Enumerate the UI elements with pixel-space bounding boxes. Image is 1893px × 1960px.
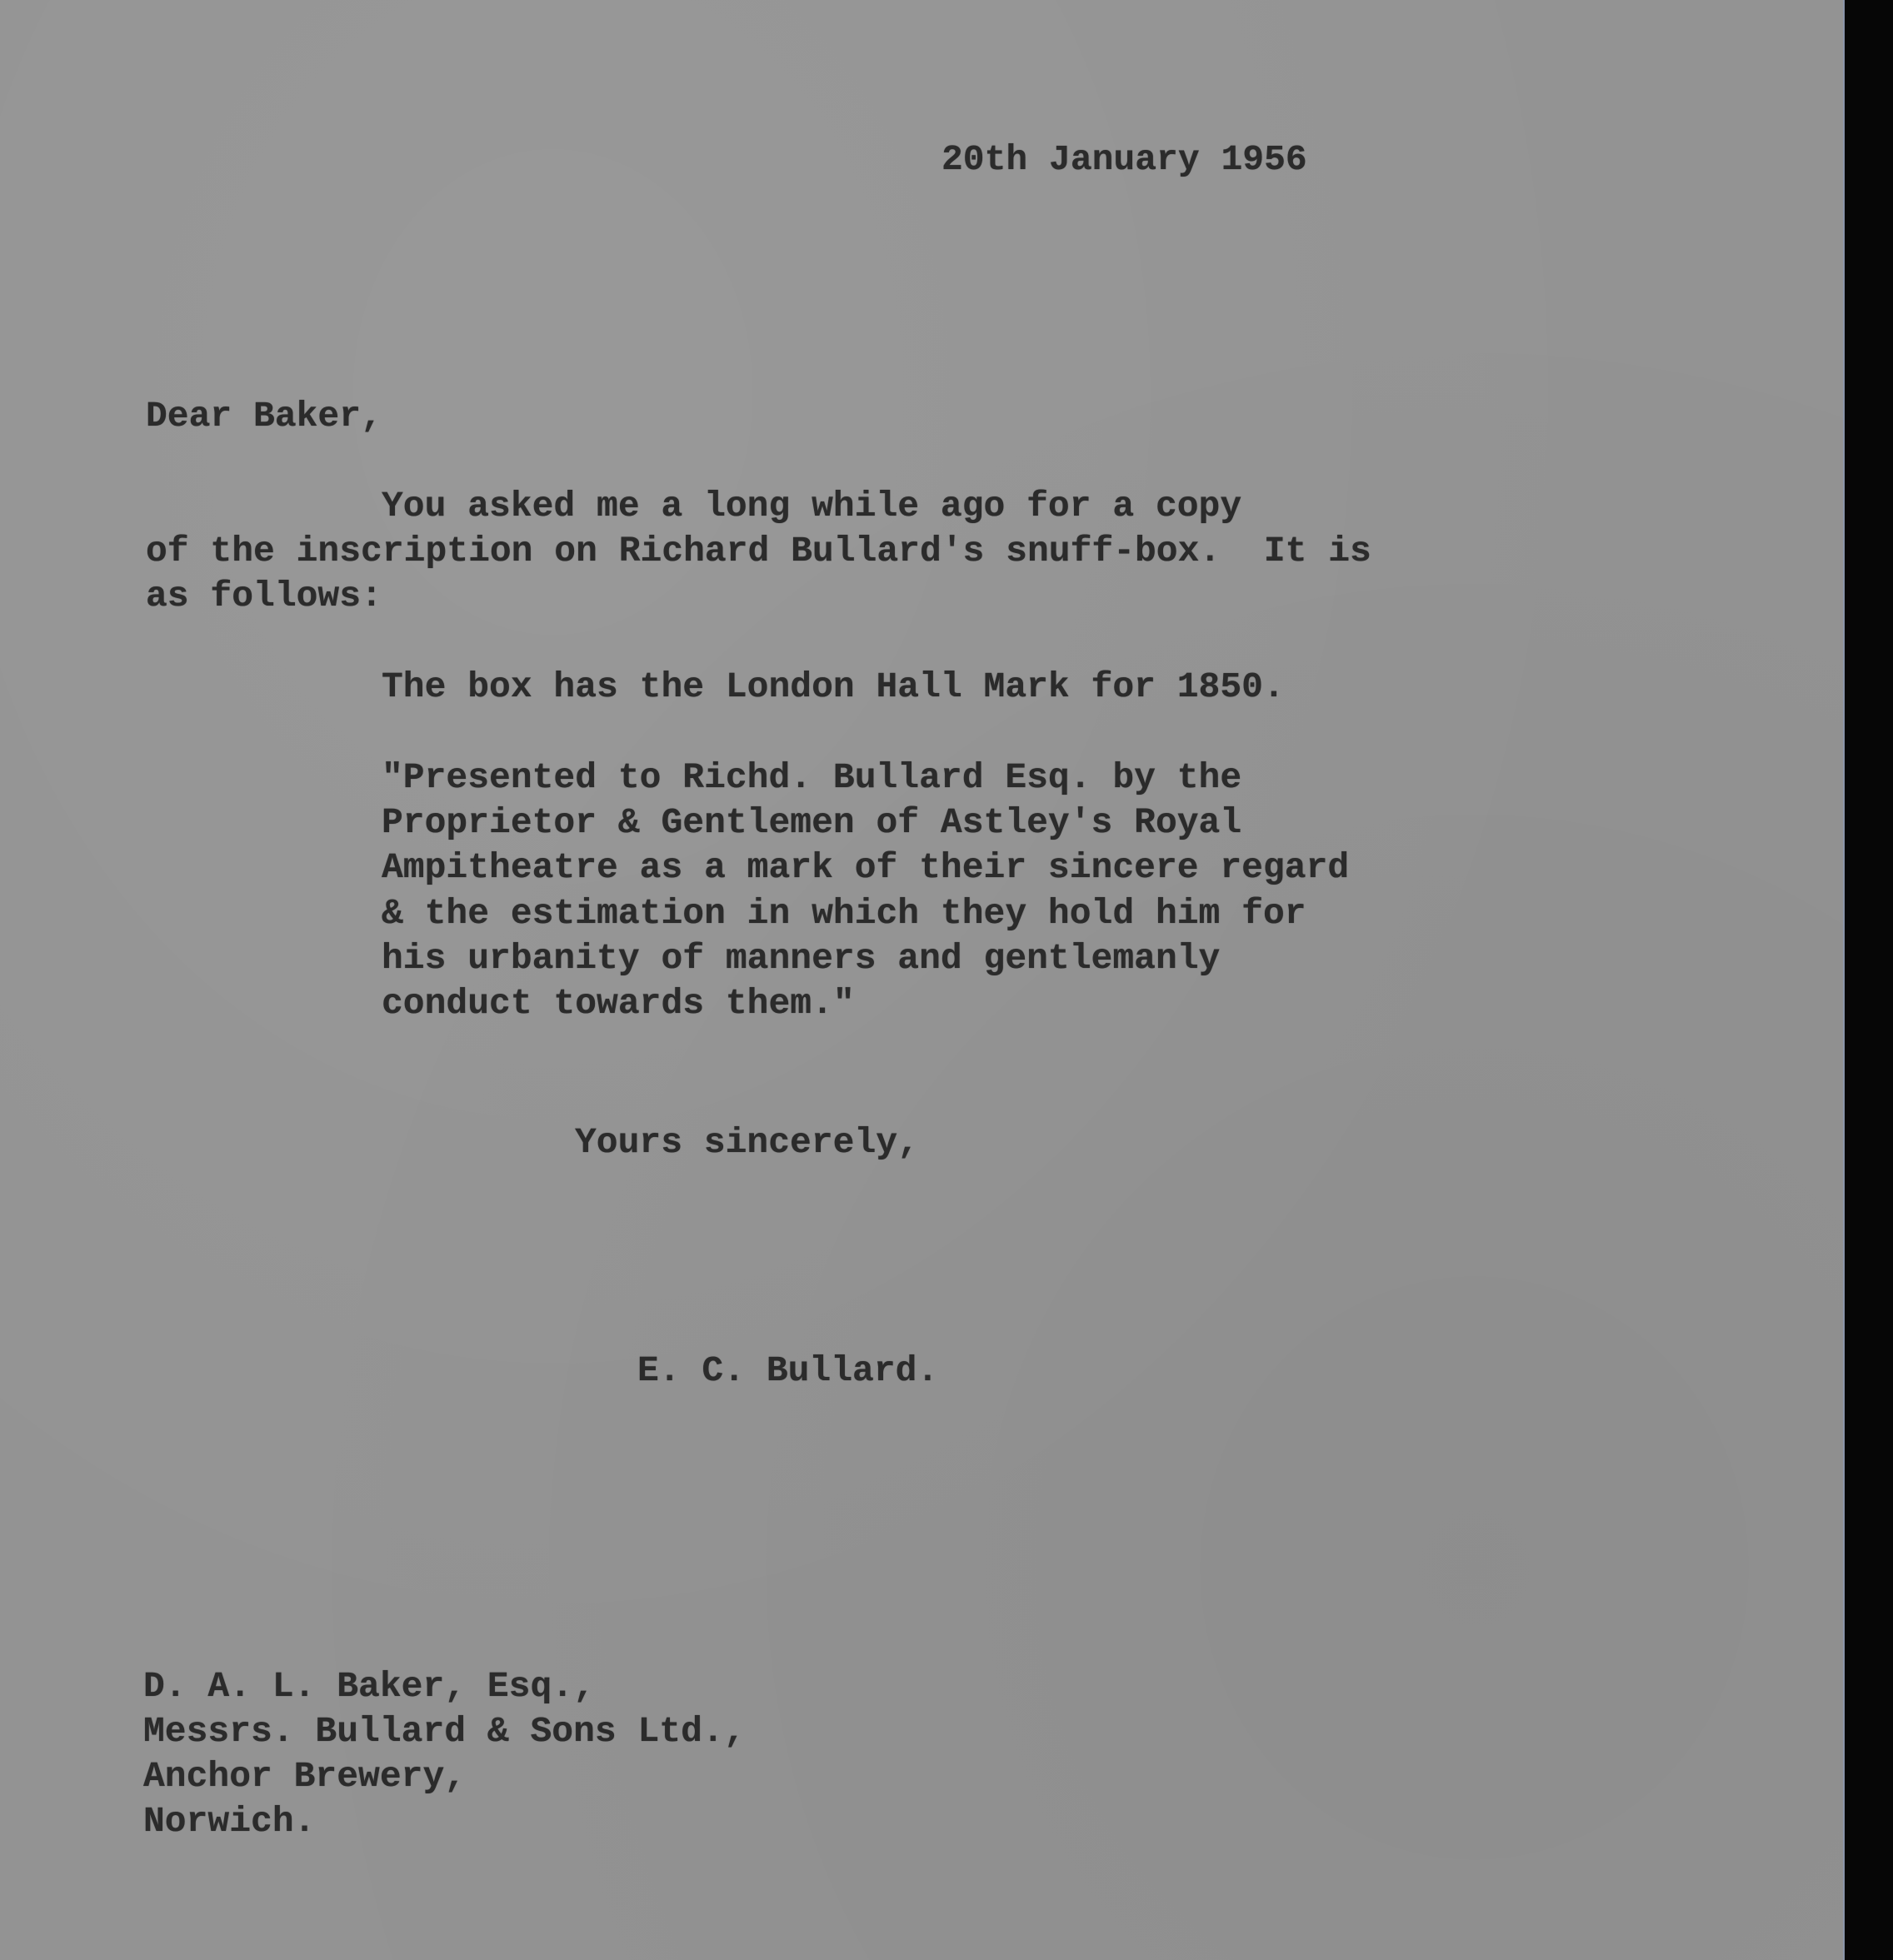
inscription-line-6: conduct towards them.": [382, 985, 855, 1021]
closing: Yours sincerely,: [575, 1125, 919, 1160]
recipient-address-line-2: Messrs. Bullard & Sons Ltd.,: [143, 1713, 746, 1749]
recipient-address-line-1: D. A. L. Baker, Esq.,: [143, 1668, 595, 1704]
inscription-line-5: his urbanity of manners and gentlemanly: [382, 940, 1220, 976]
scan-background-edge: [1845, 0, 1893, 1960]
salutation: Dear Baker,: [146, 398, 382, 434]
body-paragraph-line-2: of the inscription on Richard Bullard's …: [146, 533, 1371, 569]
inscription-line-3: Ampitheatre as a mark of their sincere r…: [382, 850, 1349, 885]
signature: E. C. Bullard.: [637, 1353, 938, 1389]
recipient-address-line-3: Anchor Brewery,: [143, 1758, 466, 1794]
body-paragraph-line-1: You asked me a long while ago for a copy: [382, 488, 1241, 524]
inscription-line-4: & the estimation in which they hold him …: [382, 895, 1306, 931]
hall-mark-note: The box has the London Hall Mark for 185…: [382, 669, 1285, 705]
letter-page: 20th January 1956 Dear Baker, You asked …: [0, 0, 1845, 1960]
inscription-line-2: Proprietor & Gentlemen of Astley's Royal: [382, 805, 1241, 840]
recipient-address-line-4: Norwich.: [143, 1803, 315, 1839]
letter-date: 20th January 1956: [942, 142, 1307, 177]
inscription-line-1: "Presented to Richd. Bullard Esq. by the: [382, 760, 1241, 795]
body-paragraph-line-3: as follows:: [146, 578, 382, 614]
